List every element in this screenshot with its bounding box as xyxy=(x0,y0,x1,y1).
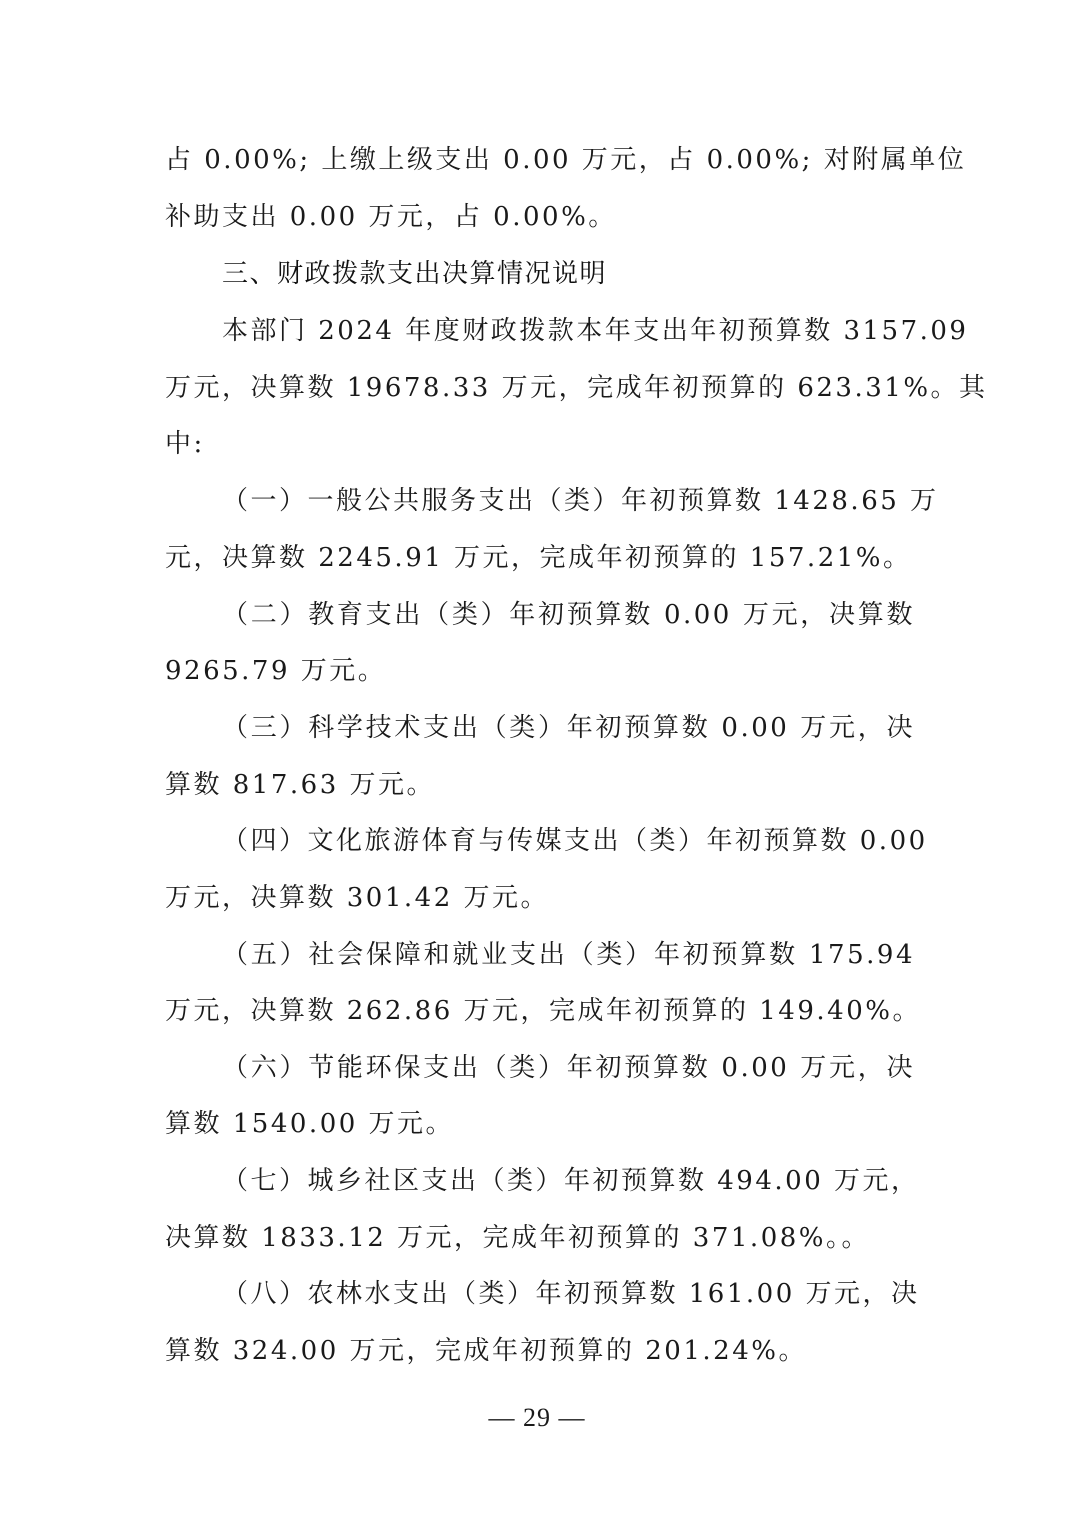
item-2-line-2: 9265.79 万元。 xyxy=(165,651,915,691)
paragraph-continuation-line-2: 补助支出 0.00 万元，占 0.00%。 xyxy=(165,197,915,237)
item-4-line-1: （四）文化旅游体育与传媒支出（类）年初预算数 0.00 xyxy=(222,821,915,861)
item-8-line-1: （八）农林水支出（类）年初预算数 161.00 万元，决 xyxy=(222,1274,915,1314)
item-4-line-2: 万元，决算数 301.42 万元。 xyxy=(165,878,915,918)
item-6-line-2: 算数 1540.00 万元。 xyxy=(165,1104,915,1144)
page-number: — 29 — xyxy=(0,1398,1074,1438)
item-1-line-1: （一）一般公共服务支出（类）年初预算数 1428.65 万 xyxy=(222,481,915,521)
item-2-line-1: （二）教育支出（类）年初预算数 0.00 万元，决算数 xyxy=(222,595,915,635)
item-3-line-2: 算数 817.63 万元。 xyxy=(165,765,915,805)
section-heading: 三、财政拨款支出决算情况说明 xyxy=(222,254,607,294)
item-6-line-1: （六）节能环保支出（类）年初预算数 0.00 万元，决 xyxy=(222,1048,915,1088)
item-7-line-1: （七）城乡社区支出（类）年初预算数 494.00 万元， xyxy=(222,1161,915,1201)
document-page: 占 0.00%; 上缴上级支出 0.00 万元，占 0.00%; 对附属单位 补… xyxy=(0,0,1074,1520)
item-1-line-2: 元，决算数 2245.91 万元，完成年初预算的 157.21%。 xyxy=(165,538,915,578)
item-8-line-2: 算数 324.00 万元，完成年初预算的 201.24%。 xyxy=(165,1331,915,1371)
paragraph-continuation-line-1: 占 0.00%; 上缴上级支出 0.00 万元，占 0.00%; 对附属单位 xyxy=(165,140,915,180)
item-3-line-1: （三）科学技术支出（类）年初预算数 0.00 万元，决 xyxy=(222,708,915,748)
summary-line-2: 万元，决算数 19678.33 万元，完成年初预算的 623.31%。其 xyxy=(165,368,915,408)
item-5-line-2: 万元，决算数 262.86 万元，完成年初预算的 149.40%。 xyxy=(165,991,915,1031)
item-5-line-1: （五）社会保障和就业支出（类）年初预算数 175.94 xyxy=(222,935,915,975)
summary-line-1: 本部门 2024 年度财政拨款本年支出年初预算数 3157.09 xyxy=(222,311,915,351)
summary-line-3: 中: xyxy=(165,424,915,464)
item-7-line-2: 决算数 1833.12 万元，完成年初预算的 371.08%。。 xyxy=(165,1218,915,1258)
